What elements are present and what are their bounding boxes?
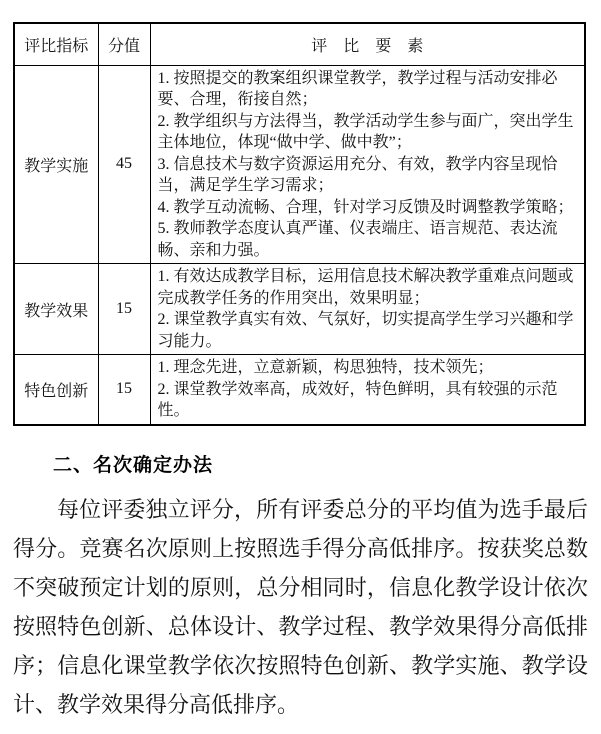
indicator-cell: 教学效果 xyxy=(14,264,98,355)
criterion-item: 3. 信息技术与数字资源运用充分、有效，教学内容呈现恰当，满足学生学习需求； xyxy=(158,154,583,197)
criterion-item: 1. 按照提交的教案组织课堂教学，教学过程与活动安排必要、合理，衔接自然； xyxy=(158,68,583,111)
section-heading: 二、名次确定办法 xyxy=(53,450,601,477)
score-cell: 45 xyxy=(98,65,150,264)
criterion-item: 1. 有效达成教学目标，运用信息技术解决教学重难点问题或完成教学任务的作用突出，… xyxy=(158,266,583,309)
table-row: 教学效果 15 1. 有效达成教学目标，运用信息技术解决教学重难点问题或完成教学… xyxy=(14,264,585,355)
column-header-criteria: 评 比 要 素 xyxy=(150,23,585,65)
indicator-cell: 特色创新 xyxy=(14,355,98,425)
criterion-item: 2. 课堂教学效率高，成效好，特色鲜明，具有较强的示范性。 xyxy=(158,379,583,422)
criteria-cell: 1. 按照提交的教案组织课堂教学，教学过程与活动安排必要、合理，衔接自然； 2.… xyxy=(150,65,585,264)
criterion-item: 2. 课堂教学真实有效、气氛好，切实提高学生学习兴趣和学习能力。 xyxy=(158,309,583,352)
evaluation-table: 评比指标 分值 评 比 要 素 教学实施 45 1. 按照提交的教案组织课堂教学… xyxy=(13,22,586,426)
ranking-method-paragraph: 每位评委独立评分，所有评委总分的平均值为选手最后得分。竞赛名次原则上按照选手得分… xyxy=(13,490,588,724)
column-header-score: 分值 xyxy=(98,23,150,65)
score-cell: 15 xyxy=(98,264,150,355)
criterion-item: 4. 教学互动流畅、合理，针对学习反馈及时调整教学策略； xyxy=(158,197,583,219)
criteria-cell: 1. 理念先进，立意新颖，构思独特，技术领先； 2. 课堂教学效率高，成效好，特… xyxy=(150,355,585,425)
table-header-row: 评比指标 分值 评 比 要 素 xyxy=(14,23,585,65)
criterion-item: 2. 教学组织与方法得当，教学活动学生参与面广，突出学生主体地位，体现“做中学、… xyxy=(158,111,583,154)
indicator-cell: 教学实施 xyxy=(14,65,98,264)
table-row: 教学实施 45 1. 按照提交的教案组织课堂教学，教学过程与活动安排必要、合理，… xyxy=(14,65,585,264)
criteria-cell: 1. 有效达成教学目标，运用信息技术解决教学重难点问题或完成教学任务的作用突出，… xyxy=(150,264,585,355)
column-header-indicator: 评比指标 xyxy=(14,23,98,65)
criterion-item: 5. 教师教学态度认真严谨、仪表端庄、语言规范、表达流畅、亲和力强。 xyxy=(158,218,583,261)
table-row: 特色创新 15 1. 理念先进，立意新颖，构思独特，技术领先； 2. 课堂教学效… xyxy=(14,355,585,425)
document-page: 评比指标 分值 评 比 要 素 教学实施 45 1. 按照提交的教案组织课堂教学… xyxy=(0,0,601,734)
criterion-item: 1. 理念先进，立意新颖，构思独特，技术领先； xyxy=(158,357,583,379)
score-cell: 15 xyxy=(98,355,150,425)
